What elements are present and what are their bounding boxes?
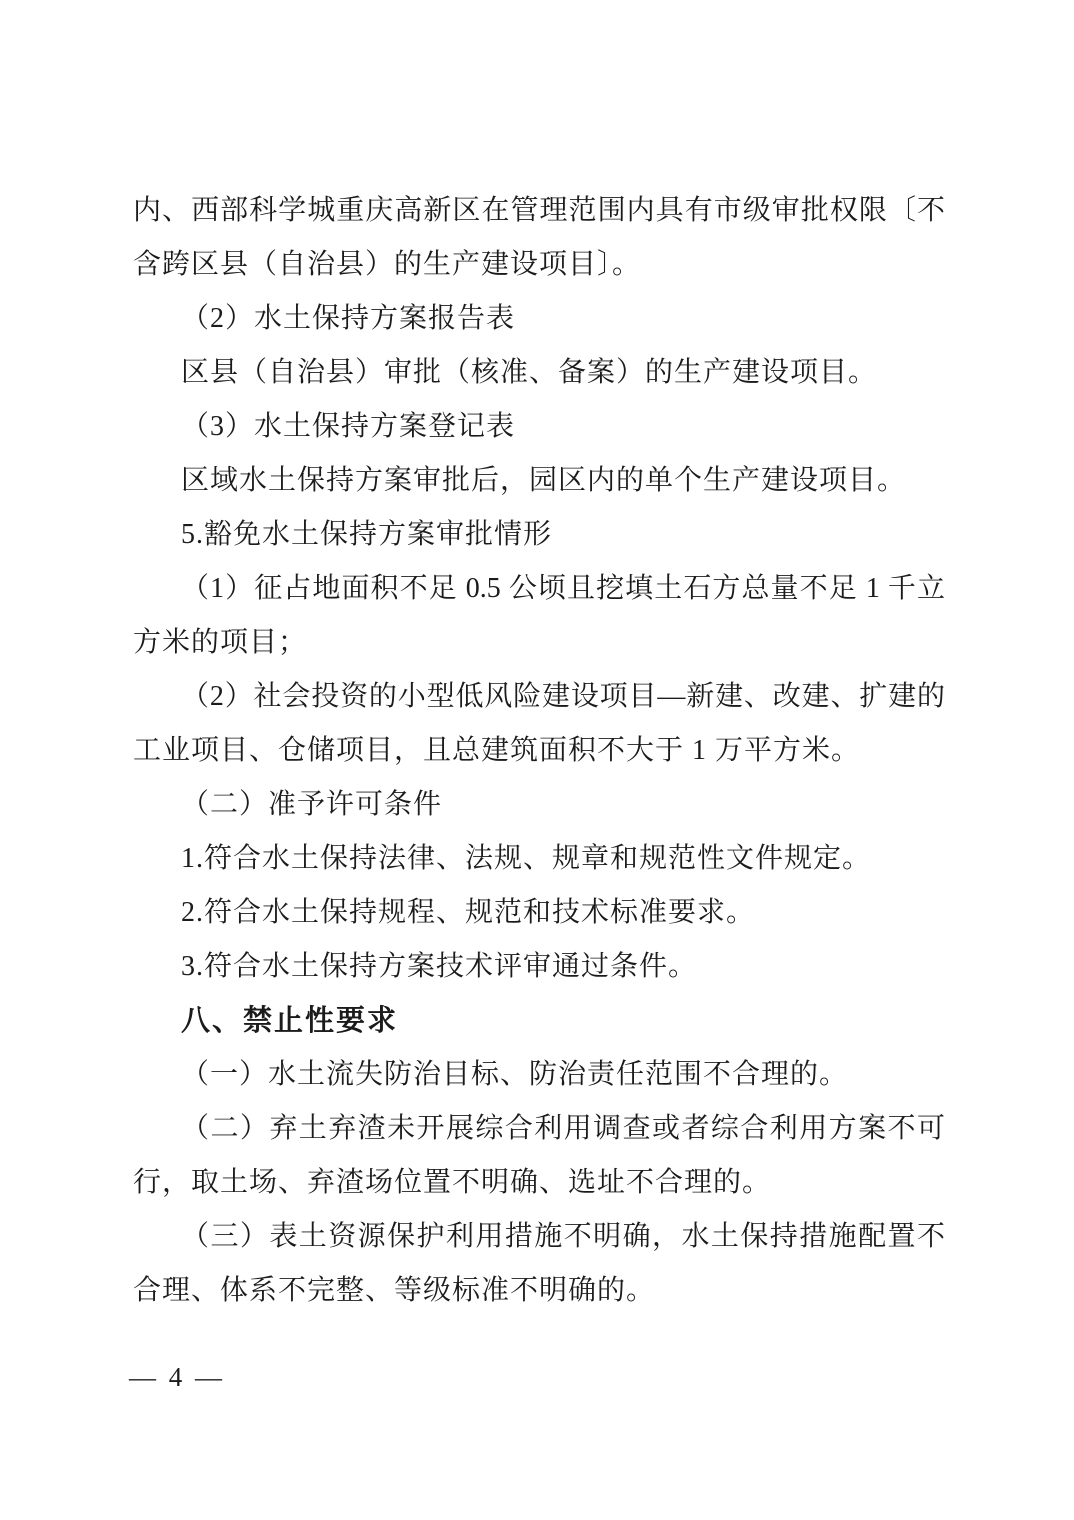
text-line: 含跨区县（自治县）的生产建设项目〕。 xyxy=(133,238,945,292)
text-line: （一）水土流失防治目标、防治责任范围不合理的。 xyxy=(133,1048,945,1102)
text-line: 合理、体系不完整、等级标准不明确的。 xyxy=(133,1264,945,1318)
text-line: （二）准予许可条件 xyxy=(133,778,945,832)
text-line: 2.符合水土保持规程、规范和技术标准要求。 xyxy=(133,886,945,940)
section-heading: 八、禁止性要求 xyxy=(133,994,945,1048)
text-line: 区域水土保持方案审批后，园区内的单个生产建设项目。 xyxy=(133,454,945,508)
text-line: （1）征占地面积不足 0.5 公顷且挖填土石方总量不足 1 千立 xyxy=(133,562,945,616)
text-line: 方米的项目； xyxy=(133,616,945,670)
text-line: （3）水土保持方案登记表 xyxy=(133,400,945,454)
text-line: 5.豁免水土保持方案审批情形 xyxy=(133,508,945,562)
text-line: 行，取土场、弃渣场位置不明确、选址不合理的。 xyxy=(133,1156,945,1210)
body-text-block: 内、西部科学城重庆高新区在管理范围内具有市级审批权限〔不 含跨区县（自治县）的生… xyxy=(133,184,945,1318)
text-line: （三）表土资源保护利用措施不明确，水土保持措施配置不 xyxy=(133,1210,945,1264)
text-line: 工业项目、仓储项目，且总建筑面积不大于 1 万平方米。 xyxy=(133,724,945,778)
text-line: （2）社会投资的小型低风险建设项目—新建、改建、扩建的 xyxy=(133,670,945,724)
text-line: 3.符合水土保持方案技术评审通过条件。 xyxy=(133,940,945,994)
text-line: 区县（自治县）审批（核准、备案）的生产建设项目。 xyxy=(133,346,945,400)
document-page: 内、西部科学城重庆高新区在管理范围内具有市级审批权限〔不 含跨区县（自治县）的生… xyxy=(0,0,1074,1520)
text-line: 内、西部科学城重庆高新区在管理范围内具有市级审批权限〔不 xyxy=(133,184,945,238)
page-number: — 4 — xyxy=(129,1360,225,1394)
text-line: （二）弃土弃渣未开展综合利用调查或者综合利用方案不可 xyxy=(133,1102,945,1156)
text-line: 1.符合水土保持法律、法规、规章和规范性文件规定。 xyxy=(133,832,945,886)
text-line: （2）水土保持方案报告表 xyxy=(133,292,945,346)
